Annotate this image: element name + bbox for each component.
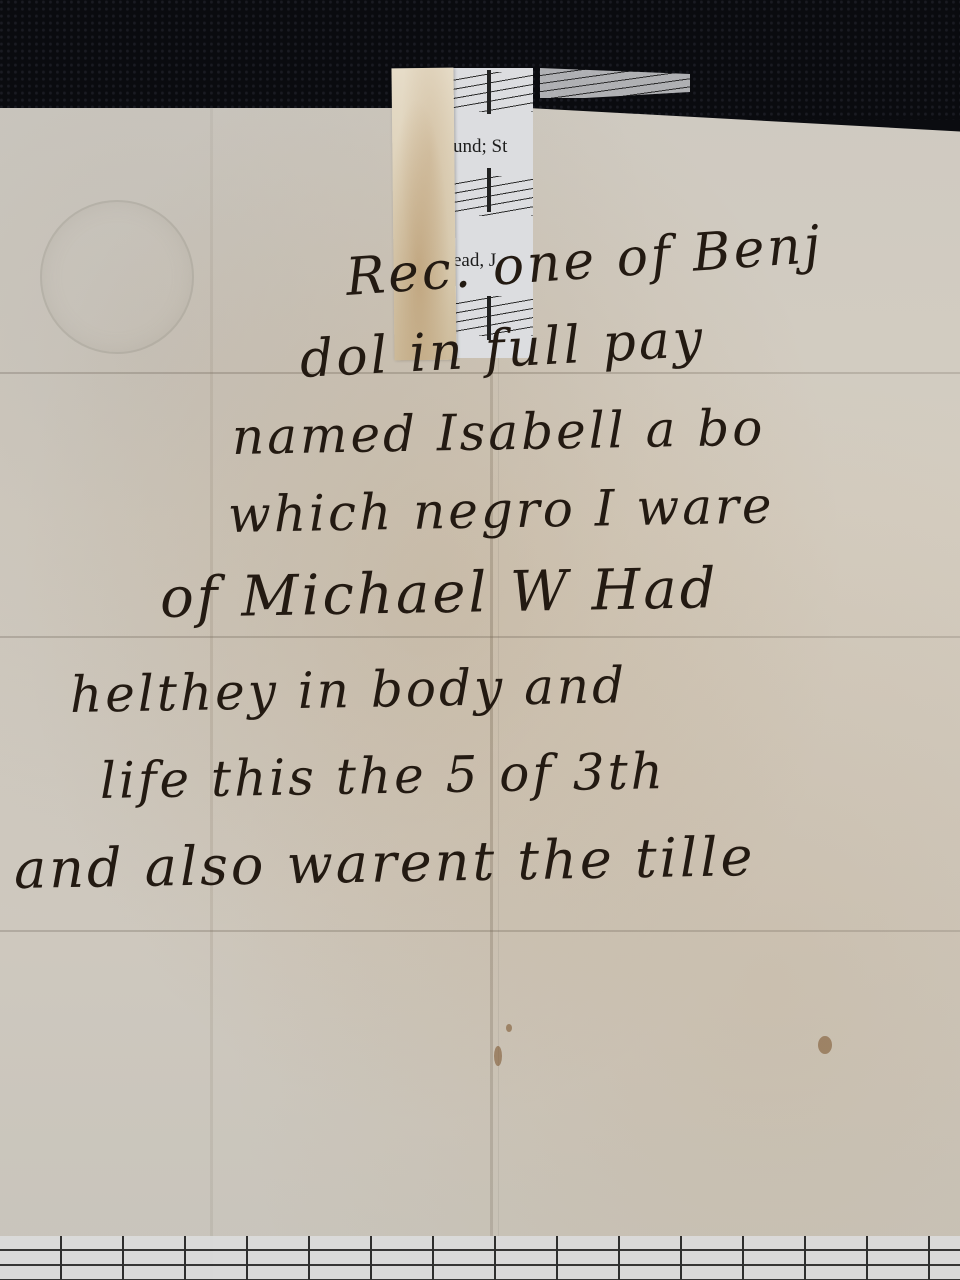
music-scrap-text-1: und; St	[453, 136, 507, 158]
handwritten-line-6: helthey in body and	[69, 656, 627, 724]
music-sheet-fragment-bottom	[0, 1236, 960, 1280]
music-sheet-scrap: und; St ead, J	[450, 68, 533, 358]
music-staff	[451, 176, 533, 216]
embossed-seal	[40, 200, 194, 354]
handwritten-line-5: of Michael W Had	[159, 556, 719, 631]
handwritten-line-7: life this the 5 of 3th	[99, 742, 666, 810]
handwritten-line-4: which negro I ware	[227, 476, 774, 544]
fold-line-horizontal-3	[0, 930, 960, 932]
ink-stain	[494, 1046, 502, 1066]
paper-tape-strip	[391, 68, 456, 361]
handwritten-line-8: and also warent the tille	[13, 825, 755, 901]
fold-line-horizontal-2	[0, 636, 960, 638]
handwritten-line-3: named Isabell a bo	[231, 399, 765, 466]
bar-line	[487, 70, 491, 114]
bar-line	[487, 168, 491, 212]
ink-stain	[506, 1024, 512, 1032]
ink-stain	[818, 1036, 832, 1054]
music-staff	[451, 72, 533, 112]
